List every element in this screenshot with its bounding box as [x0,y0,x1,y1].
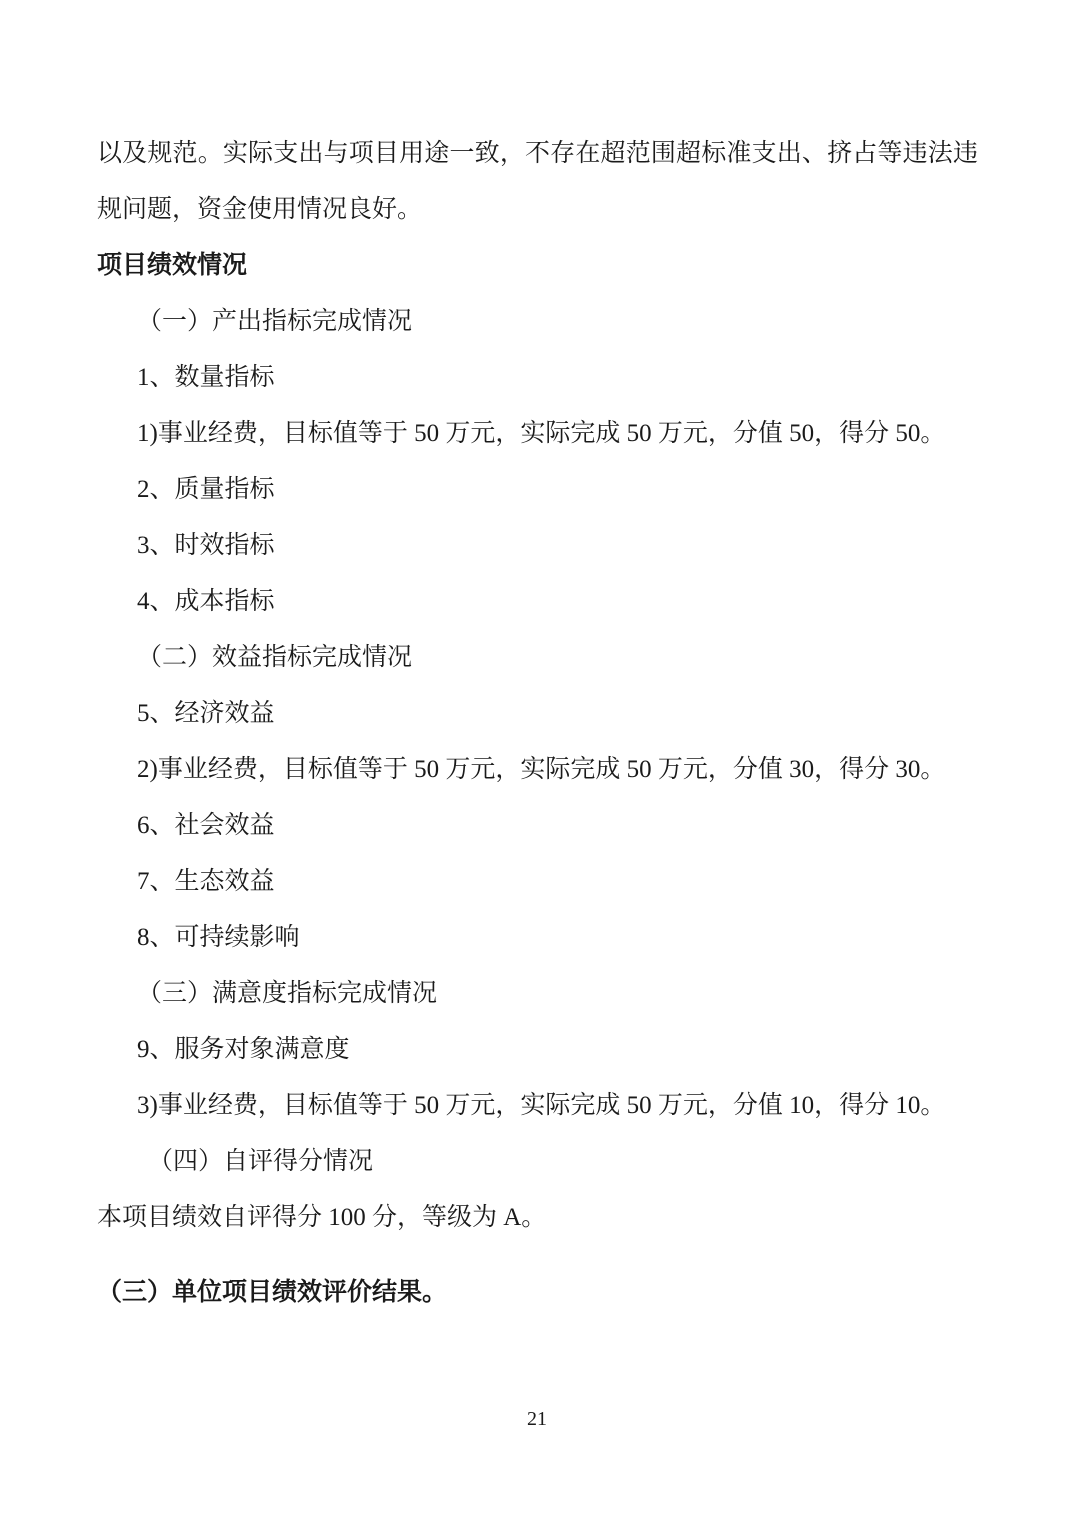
item-quantity-indicator: 1、数量指标 [97,350,978,406]
page-number: 21 [0,1404,1074,1434]
item-ecological-benefit: 7、生态效益 [97,854,978,910]
item-benefit-indicators: （二）效益指标完成情况 [97,630,978,686]
paragraph-self-score-result: 本项目绩效自评得分 100 分，等级为 A。 [97,1190,978,1246]
document-body: 以及规范。实际支出与项目用途一致，不存在超范围超标准支出、挤占等违法违规问题，资… [97,126,978,1321]
item-output-indicators: （一）产出指标完成情况 [97,294,978,350]
item-timeliness-indicator: 3、时效指标 [97,518,978,574]
item-economic-benefit: 5、经济效益 [97,686,978,742]
item-service-satisfaction: 9、服务对象满意度 [97,1022,978,1078]
item-cost-indicator: 4、成本指标 [97,574,978,630]
heading-evaluation-result: （三）单位项目绩效评价结果。 [97,1265,978,1321]
item-quantity-detail: 1)事业经费，目标值等于 50 万元，实际完成 50 万元，分值 50，得分 5… [97,406,978,462]
document-page: 以及规范。实际支出与项目用途一致，不存在超范围超标准支出、挤占等违法违规问题，资… [0,0,1074,1520]
item-sustainability-impact: 8、可持续影响 [97,910,978,966]
item-self-score-section: （四）自评得分情况 [97,1134,978,1190]
item-quality-indicator: 2、质量指标 [97,462,978,518]
heading-project-performance: 项目绩效情况 [97,238,978,294]
paragraph-funds-usage: 以及规范。实际支出与项目用途一致，不存在超范围超标准支出、挤占等违法违规问题，资… [97,126,978,238]
item-satisfaction-detail: 3)事业经费，目标值等于 50 万元，实际完成 50 万元，分值 10，得分 1… [97,1078,978,1134]
item-satisfaction-indicators: （三）满意度指标完成情况 [97,966,978,1022]
item-economic-detail: 2)事业经费，目标值等于 50 万元，实际完成 50 万元，分值 30，得分 3… [97,742,978,798]
item-social-benefit: 6、社会效益 [97,798,978,854]
